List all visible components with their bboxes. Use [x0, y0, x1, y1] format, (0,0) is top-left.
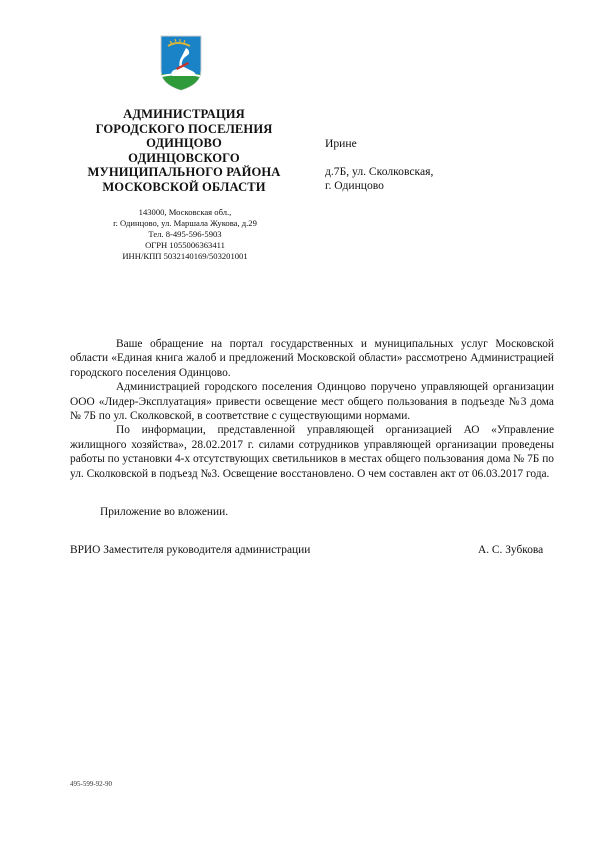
- org-line: ГОРОДСКОГО ПОСЕЛЕНИЯ: [70, 122, 298, 137]
- org-line: АДМИНИСТРАЦИЯ: [70, 107, 298, 122]
- org-line: МУНИЦИПАЛЬНОГО РАЙОНА: [70, 165, 298, 180]
- organization-name: АДМИНИСТРАЦИЯ ГОРОДСКОГО ПОСЕЛЕНИЯ ОДИНЦ…: [70, 107, 298, 195]
- body-paragraph: По информации, представленной управляюще…: [70, 423, 554, 481]
- contact-line: ИНН/КПП 5032140169/503201001: [90, 251, 280, 262]
- recipient-address-line: г. Одинцово: [325, 179, 433, 193]
- contact-line: 143000, Московская обл.,: [90, 207, 280, 218]
- recipient-address-line: д.7Б, ул. Сколковская,: [325, 165, 433, 179]
- signer-title: ВРИО Заместителя руководителя администра…: [70, 544, 310, 556]
- recipient-name: Ирине: [325, 137, 433, 151]
- contact-line: г. Одинцово, ул. Маршала Жукова, д.29: [90, 218, 280, 229]
- organization-contacts: 143000, Московская обл., г. Одинцово, ул…: [90, 207, 280, 262]
- body-paragraph: Администрацией городского поселения Один…: [70, 380, 554, 423]
- signer-name: А. С. Зубкова: [478, 544, 543, 556]
- contact-line: ОГРН 1055006363411: [90, 240, 280, 251]
- attachment-note: Приложение во вложении.: [100, 506, 228, 518]
- footer-phone: 495-599-92-90: [70, 780, 112, 788]
- body-paragraph: Ваше обращение на портал государственных…: [70, 337, 554, 380]
- org-line: ОДИНЦОВСКОГО: [70, 151, 298, 166]
- org-line: ОДИНЦОВО: [70, 136, 298, 151]
- letter-body: Ваше обращение на портал государственных…: [70, 337, 554, 481]
- contact-line: Тел. 8-495-596-5903: [90, 229, 280, 240]
- coat-of-arms-icon: [158, 34, 204, 92]
- recipient-block: Ирине д.7Б, ул. Сколковская, г. Одинцово: [325, 137, 433, 193]
- org-line: МОСКОВСКОЙ ОБЛАСТИ: [70, 180, 298, 195]
